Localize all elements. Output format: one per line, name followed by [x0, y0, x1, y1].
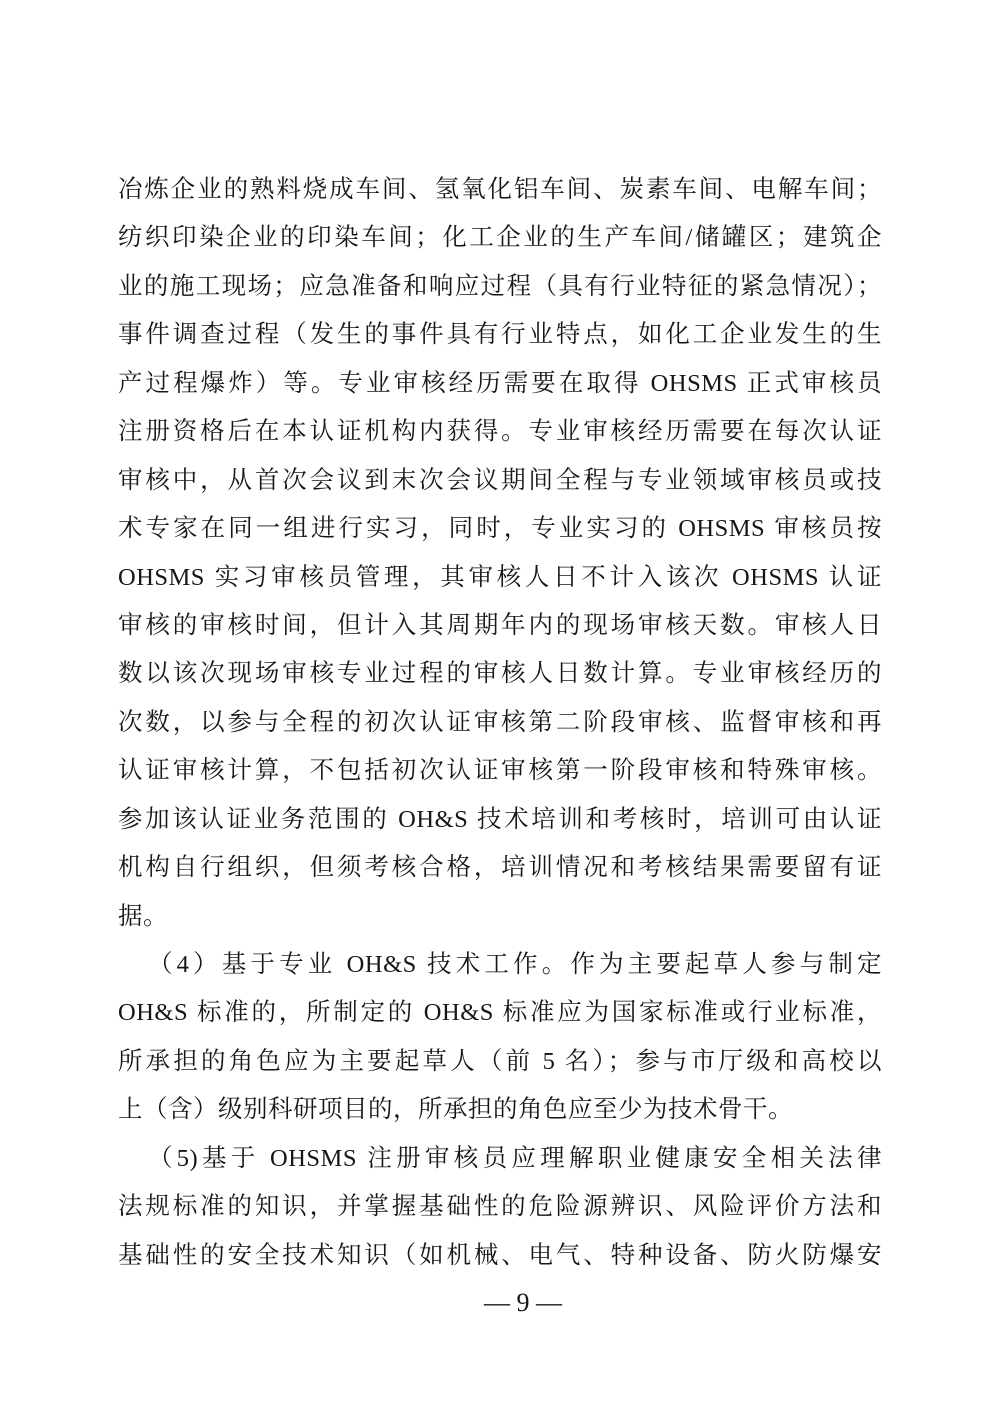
text-line: OHSMS 实习审核员管理，其审核人日不计入该次 OHSMS 认证 [118, 554, 882, 602]
text-line: 数以该次现场审核专业过程的审核人日数计算。专业审核经历的 [118, 650, 882, 698]
page-number: — 9 — [484, 1288, 562, 1317]
text-line: （4）基于专业 OH&S 技术工作。作为主要起草人参与制定 [118, 941, 882, 989]
text-line: 认证审核计算，不包括初次认证审核第一阶段审核和特殊审核。 [118, 747, 882, 795]
text-line: 参加该认证业务范围的 OH&S 技术培训和考核时，培训可由认证 [118, 796, 882, 844]
text-line: 冶炼企业的熟料烧成车间、氢氧化铝车间、炭素车间、电解车间； [118, 166, 882, 214]
document-page: 冶炼企业的熟料烧成车间、氢氧化铝车间、炭素车间、电解车间； 纺织印染企业的印染车… [0, 0, 1000, 1414]
text-line: 基础性的安全技术知识（如机械、电气、特种设备、防火防爆安 [118, 1232, 882, 1280]
text-line: 注册资格后在本认证机构内获得。专业审核经历需要在每次认证 [118, 408, 882, 456]
text-line: OH&S 标准的，所制定的 OH&S 标准应为国家标准或行业标准， [118, 989, 882, 1037]
text-line: 次数，以参与全程的初次认证审核第二阶段审核、监督审核和再 [118, 699, 882, 747]
text-line: 审核的审核时间，但计入其周期年内的现场审核天数。审核人日 [118, 602, 882, 650]
text-line: （5)基于 OHSMS 注册审核员应理解职业健康安全相关法律 [118, 1135, 882, 1183]
document-body: 冶炼企业的熟料烧成车间、氢氧化铝车间、炭素车间、电解车间； 纺织印染企业的印染车… [118, 166, 882, 1280]
text-line: 所承担的角色应为主要起草人（前 5 名）；参与市厅级和高校以 [118, 1038, 882, 1086]
paragraph-item-4: （4）基于专业 OH&S 技术工作。作为主要起草人参与制定 OH&S 标准的，所… [118, 941, 882, 1135]
text-line: 产过程爆炸）等。专业审核经历需要在取得 OHSMS 正式审核员 [118, 360, 882, 408]
text-line: 审核中，从首次会议到末次会议期间全程与专业领域审核员或技 [118, 457, 882, 505]
text-line: 事件调查过程（发生的事件具有行业特点，如化工企业发生的生 [118, 311, 882, 359]
text-line: 业的施工现场；应急准备和响应过程（具有行业特征的紧急情况）； [118, 263, 882, 311]
paragraph-continued: 冶炼企业的熟料烧成车间、氢氧化铝车间、炭素车间、电解车间； 纺织印染企业的印染车… [118, 166, 882, 941]
text-line: 据。 [118, 893, 882, 941]
text-line: 纺织印染企业的印染车间；化工企业的生产车间/储罐区；建筑企 [118, 214, 882, 262]
text-line: 上（含）级别科研项目的，所承担的角色应至少为技术骨干。 [118, 1086, 882, 1134]
page-footer: — 9 — [0, 1283, 1000, 1323]
paragraph-item-5: （5)基于 OHSMS 注册审核员应理解职业健康安全相关法律 法规标准的知识，并… [118, 1135, 882, 1280]
text-line: 法规标准的知识，并掌握基础性的危险源辨识、风险评价方法和 [118, 1183, 882, 1231]
text-line: 机构自行组织，但须考核合格，培训情况和考核结果需要留有证 [118, 844, 882, 892]
text-line: 术专家在同一组进行实习，同时，专业实习的 OHSMS 审核员按 [118, 505, 882, 553]
